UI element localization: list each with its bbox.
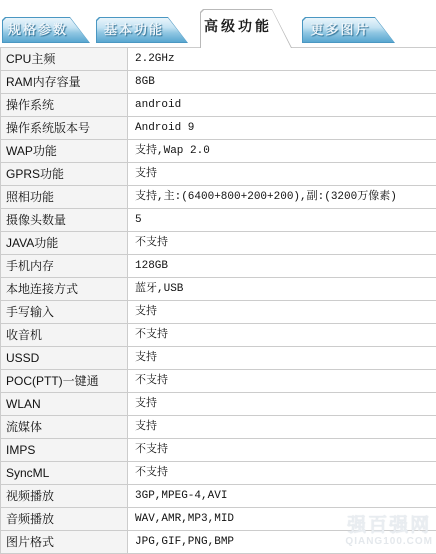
spec-table: CPU主频 2.2GHz RAM内存容量 8GB 操作系统 android 操作… [0, 47, 436, 554]
spec-label: 音频播放 [1, 508, 128, 530]
spec-value: WAV,AMR,MP3,MID [128, 508, 436, 530]
spec-value: 8GB [128, 71, 436, 93]
spec-label: POC(PTT)一键通 [1, 370, 128, 392]
spec-label: JAVA功能 [1, 232, 128, 254]
spec-label: 手机内存 [1, 255, 128, 277]
spec-label: 操作系统版本号 [1, 117, 128, 139]
tab-label: 规格参数 [2, 17, 90, 43]
spec-value: JPG,GIF,PNG,BMP [128, 531, 436, 553]
spec-value: 支持,主:(6400+800+200+200),副:(3200万像素) [128, 186, 436, 208]
tab-advanced-features[interactable]: 高级功能 [200, 9, 292, 48]
spec-label: 操作系统 [1, 94, 128, 116]
spec-value: 不支持 [128, 462, 436, 484]
table-row: 照相功能 支持,主:(6400+800+200+200),副:(3200万像素) [1, 186, 436, 209]
spec-value: 3GP,MPEG-4,AVI [128, 485, 436, 507]
spec-value: 支持,Wap 2.0 [128, 140, 436, 162]
spec-label: 本地连接方式 [1, 278, 128, 300]
spec-label: IMPS [1, 439, 128, 461]
table-row: 操作系统 android [1, 94, 436, 117]
spec-label: RAM内存容量 [1, 71, 128, 93]
spec-value: 支持 [128, 163, 436, 185]
table-row: 摄像头数量 5 [1, 209, 436, 232]
spec-value: 不支持 [128, 370, 436, 392]
table-row: 流媒体 支持 [1, 416, 436, 439]
spec-label: CPU主频 [1, 48, 128, 70]
spec-label: 手写输入 [1, 301, 128, 323]
table-row: GPRS功能 支持 [1, 163, 436, 186]
tab-label: 基本功能 [96, 17, 188, 43]
table-row: 操作系统版本号 Android 9 [1, 117, 436, 140]
spec-label: 流媒体 [1, 416, 128, 438]
table-row: USSD 支持 [1, 347, 436, 370]
table-row: 收音机 不支持 [1, 324, 436, 347]
table-row: SyncML 不支持 [1, 462, 436, 485]
spec-label: SyncML [1, 462, 128, 484]
spec-value: 蓝牙,USB [128, 278, 436, 300]
table-row: 手机内存 128GB [1, 255, 436, 278]
spec-label: WLAN [1, 393, 128, 415]
table-row: 视频播放 3GP,MPEG-4,AVI [1, 485, 436, 508]
tab-label: 更多图片 [302, 17, 395, 43]
table-row: WAP功能 支持,Wap 2.0 [1, 140, 436, 163]
table-row: JAVA功能 不支持 [1, 232, 436, 255]
spec-value: 不支持 [128, 324, 436, 346]
table-row: 手写输入 支持 [1, 301, 436, 324]
spec-label: GPRS功能 [1, 163, 128, 185]
spec-value: 不支持 [128, 232, 436, 254]
spec-value: android [128, 94, 436, 116]
table-row: WLAN 支持 [1, 393, 436, 416]
tab-more-photos[interactable]: 更多图片 [302, 17, 395, 43]
spec-label: WAP功能 [1, 140, 128, 162]
spec-value: Android 9 [128, 117, 436, 139]
spec-value: 2.2GHz [128, 48, 436, 70]
spec-value: 128GB [128, 255, 436, 277]
spec-label: 图片格式 [1, 531, 128, 553]
spec-label: 收音机 [1, 324, 128, 346]
tab-label: 高级功能 [200, 9, 292, 43]
spec-value: 支持 [128, 301, 436, 323]
table-row: 本地连接方式 蓝牙,USB [1, 278, 436, 301]
tab-bar: 规格参数 基本功能 高级功能 更多图片 [0, 0, 436, 47]
table-row: 音频播放 WAV,AMR,MP3,MID [1, 508, 436, 531]
spec-label: 摄像头数量 [1, 209, 128, 231]
table-row: POC(PTT)一键通 不支持 [1, 370, 436, 393]
spec-label: 照相功能 [1, 186, 128, 208]
spec-label: 视频播放 [1, 485, 128, 507]
table-row: 图片格式 JPG,GIF,PNG,BMP [1, 531, 436, 554]
table-row: IMPS 不支持 [1, 439, 436, 462]
spec-value: 5 [128, 209, 436, 231]
spec-value: 不支持 [128, 439, 436, 461]
spec-value: 支持 [128, 347, 436, 369]
table-row: CPU主频 2.2GHz [1, 48, 436, 71]
table-row: RAM内存容量 8GB [1, 71, 436, 94]
spec-label: USSD [1, 347, 128, 369]
tab-spec-params[interactable]: 规格参数 [2, 17, 90, 43]
tab-basic-features[interactable]: 基本功能 [96, 17, 188, 43]
spec-value: 支持 [128, 416, 436, 438]
spec-value: 支持 [128, 393, 436, 415]
